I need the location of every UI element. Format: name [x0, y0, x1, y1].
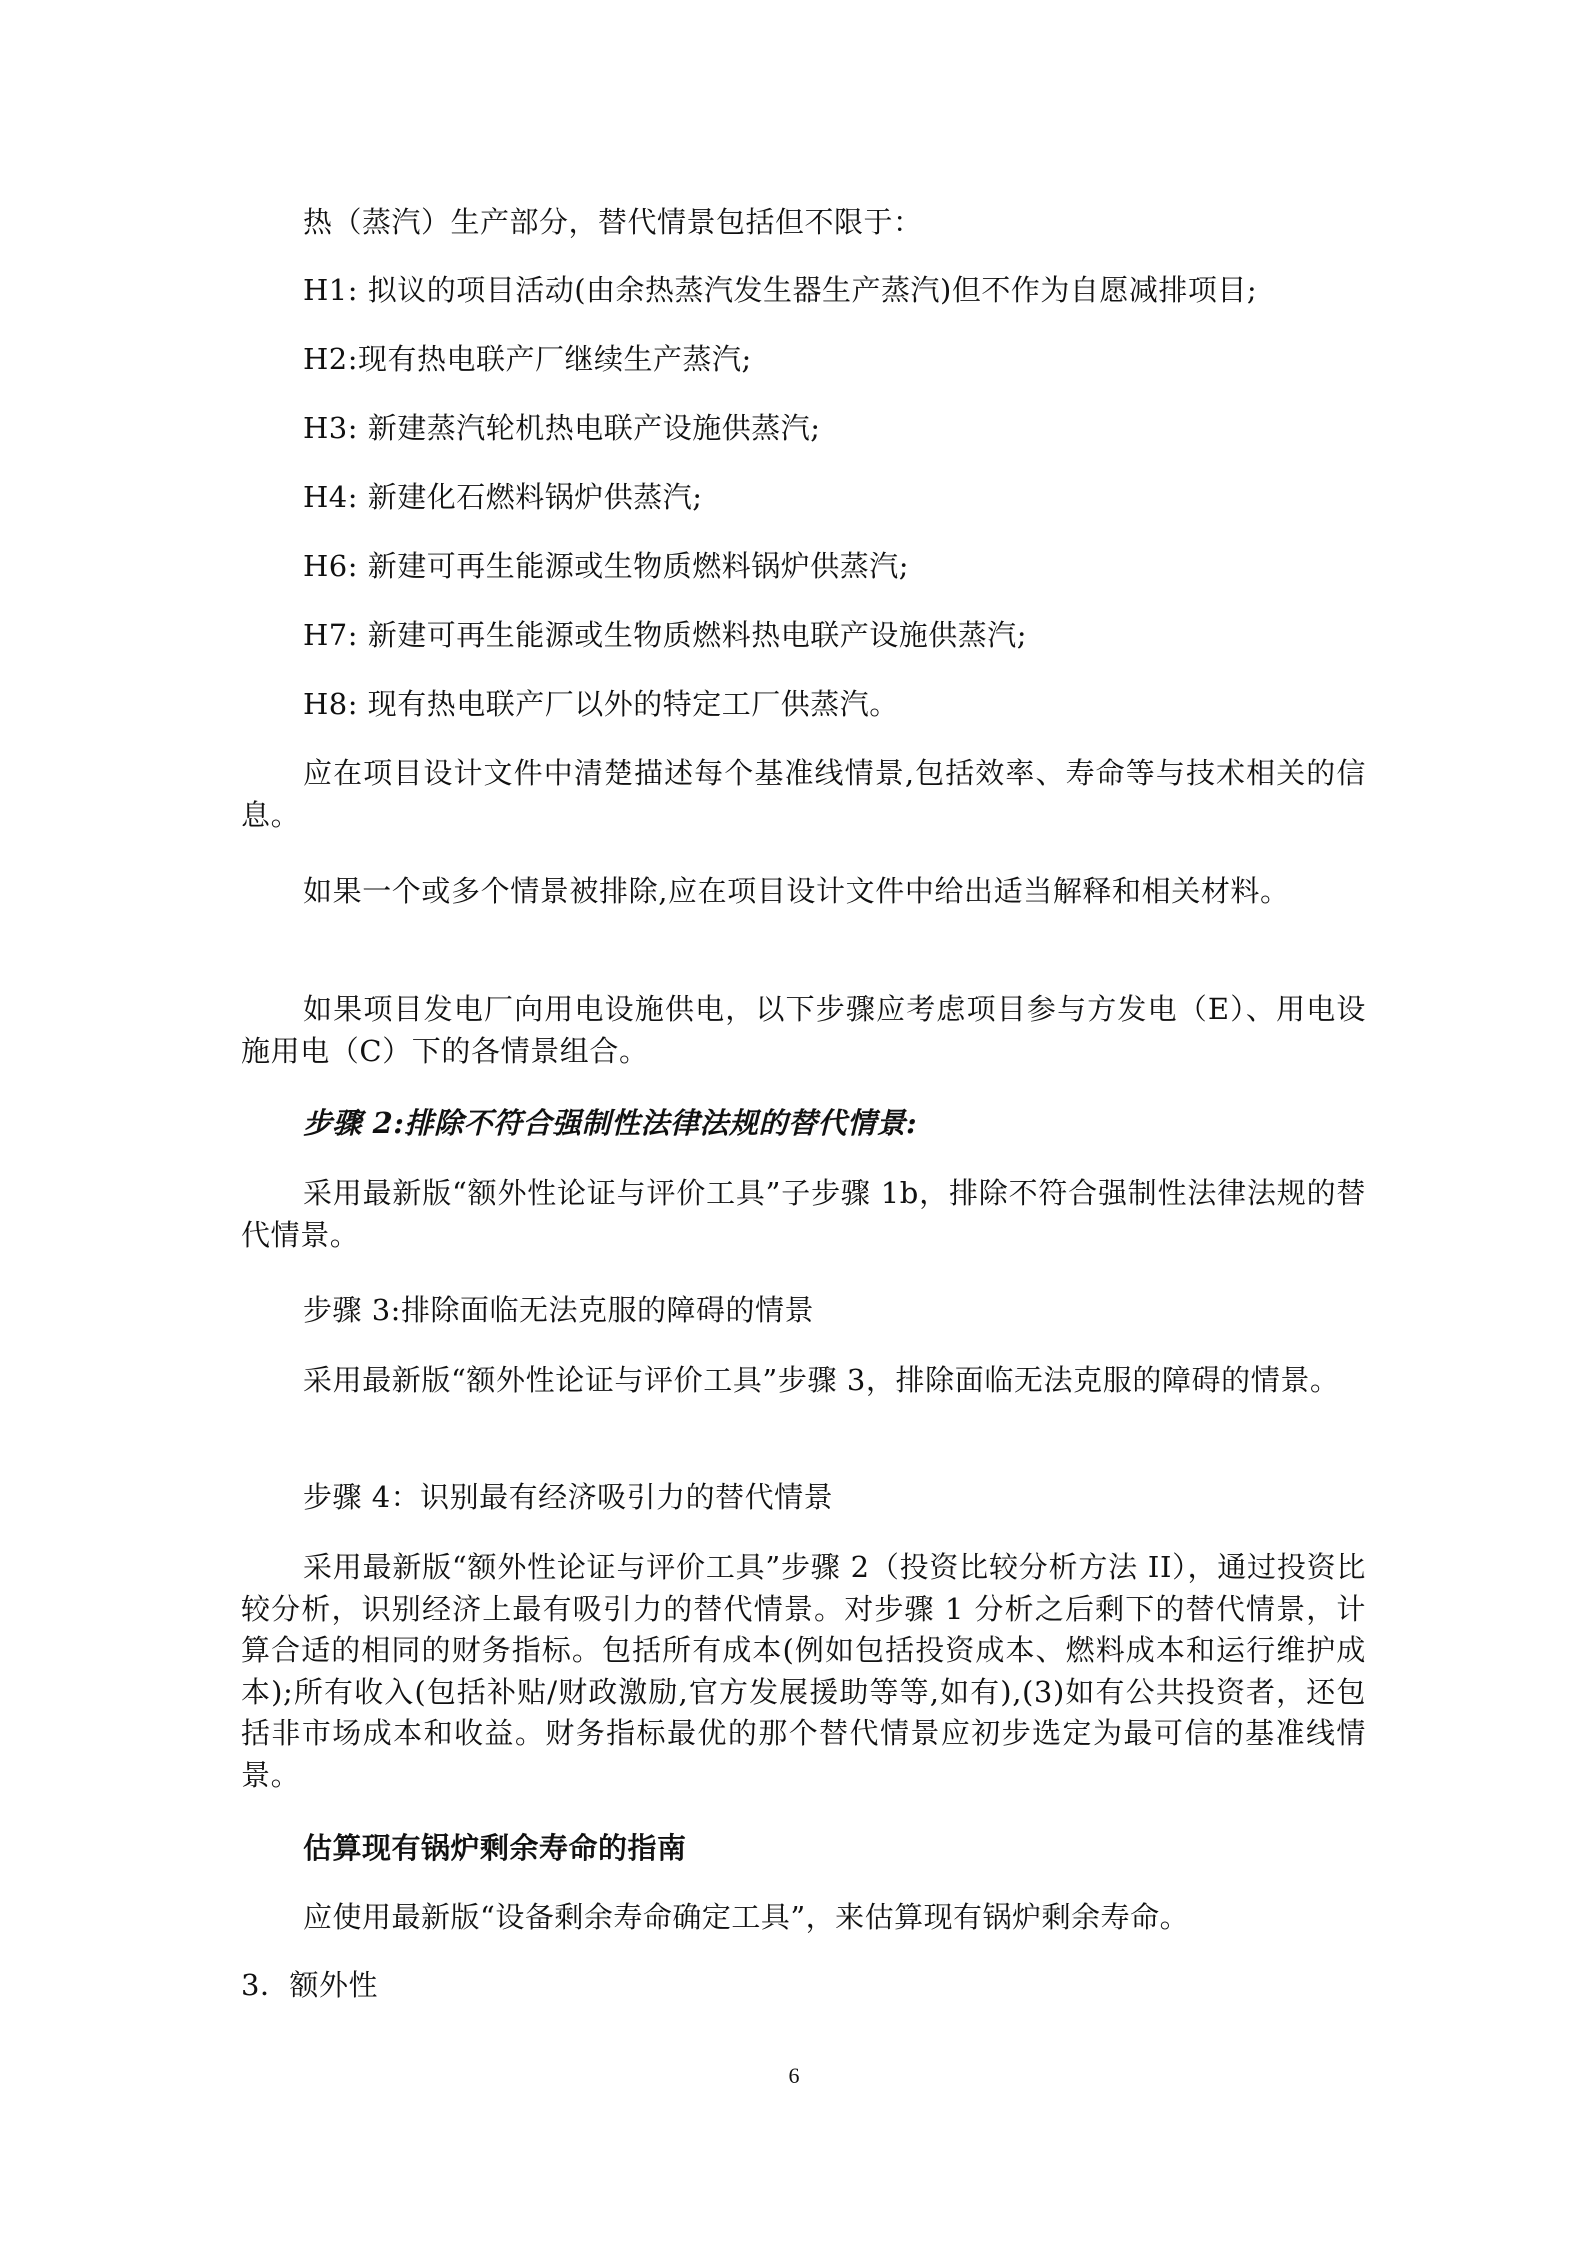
paragraph-supply: 如果项目发电厂向用电设施供电，以下步骤应考虑项目参与方发电（E）、用电设施用电（…	[241, 989, 1366, 1072]
document-page: 热（蒸汽）生产部分，替代情景包括但不限于： H1: 拟议的项目活动(由余热蒸汽发…	[0, 0, 1588, 2245]
page-number: 6	[0, 2063, 1588, 2089]
step3-body: 采用最新版“额外性论证与评价工具”步骤 3，排除面临无法克服的障碍的情景。	[241, 1360, 1366, 1402]
step2-body: 采用最新版“额外性论证与评价工具”子步骤 1b，排除不符合强制性法律法规的替代情…	[241, 1173, 1366, 1256]
guide-body: 应使用最新版“设备剩余寿命确定工具”，来估算现有锅炉剩余寿命。	[303, 1897, 1423, 1938]
scenario-h4: H4: 新建化石燃料锅炉供蒸汽;	[303, 477, 1423, 518]
paragraph-excluded: 如果一个或多个情景被排除,应在项目设计文件中给出适当解释和相关材料。	[241, 871, 1366, 913]
paragraph-describe: 应在项目设计文件中清楚描述每个基准线情景,包括效率、寿命等与技术相关的信息。	[241, 753, 1366, 836]
scenario-h8: H8: 现有热电联产厂以外的特定工厂供蒸汽。	[303, 684, 1423, 725]
step3-heading: 步骤 3:排除面临无法克服的障碍的情景	[303, 1290, 1423, 1331]
step2-heading: 步骤 2:排除不符合强制性法律法规的替代情景:	[303, 1103, 1423, 1144]
scenario-h6: H6: 新建可再生能源或生物质燃料锅炉供蒸汽;	[303, 546, 1423, 587]
step4-heading: 步骤 4：识别最有经济吸引力的替代情景	[303, 1477, 1423, 1518]
section-heading: 3．额外性	[241, 1965, 1361, 2006]
scenario-h2: H2:现有热电联产厂继续生产蒸汽;	[303, 339, 1423, 380]
intro-text: 热（蒸汽）生产部分，替代情景包括但不限于：	[303, 202, 1423, 243]
guide-heading: 估算现有锅炉剩余寿命的指南	[303, 1828, 1423, 1869]
scenario-h7: H7: 新建可再生能源或生物质燃料热电联产设施供蒸汽;	[303, 615, 1423, 656]
step4-body: 采用最新版“额外性论证与评价工具”步骤 2（投资比较分析方法 II），通过投资比…	[241, 1547, 1366, 1796]
scenario-h3: H3: 新建蒸汽轮机热电联产设施供蒸汽;	[303, 408, 1423, 449]
scenario-h1: H1: 拟议的项目活动(由余热蒸汽发生器生产蒸汽)但不作为自愿减排项目;	[303, 270, 1423, 311]
